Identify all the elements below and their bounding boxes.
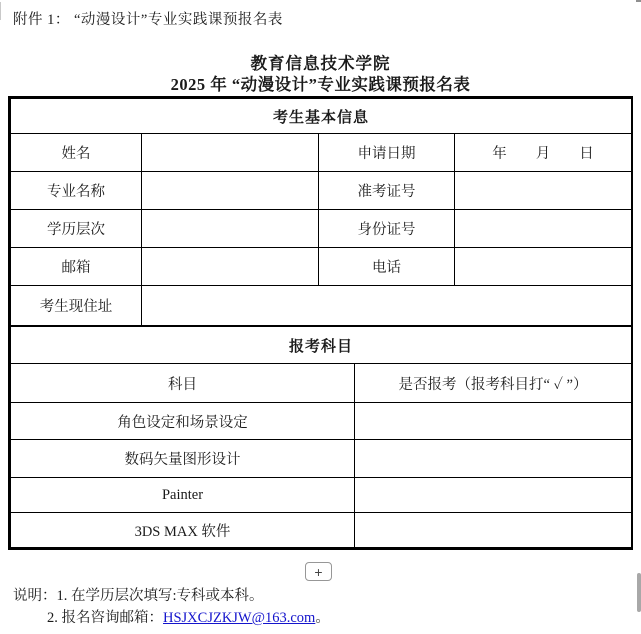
- label-email: 邮箱: [11, 248, 142, 286]
- check-cell-3ds-max[interactable]: [355, 513, 632, 548]
- form-title: 2025 年 “动漫设计”专业实践课预报名表: [0, 71, 641, 95]
- check-cell-digital-vector-graphics[interactable]: [355, 440, 632, 478]
- subject-name-character-scene-design: 角色设定和场景设定: [11, 403, 355, 440]
- subject-name-painter: Painter: [11, 478, 355, 513]
- vertical-scrollbar-thumb[interactable]: [637, 573, 641, 612]
- column-header-apply-check: 是否报考（报考科目打“ ✓ ”）: [355, 364, 632, 403]
- table-row: 3DS MAX 软件: [11, 513, 632, 548]
- label-current-address: 考生现住址: [11, 286, 142, 326]
- subjects-table: 报考科目 科目 是否报考（报考科目打“ ✓ ”） 角色设定和场景设定 数码矢量图…: [10, 326, 632, 548]
- label-application-date: 申请日期: [319, 134, 455, 172]
- input-cell-current-address[interactable]: [142, 286, 632, 326]
- registration-form-table: 考生基本信息 姓名 申请日期 年 月 日 专业名称 准考证号 学历层次 身份证号…: [8, 96, 633, 550]
- label-education-level: 学历层次: [11, 210, 142, 248]
- label-major: 专业名称: [11, 172, 142, 210]
- section-title-basic-info: 考生基本信息: [11, 99, 632, 134]
- email-link[interactable]: HSJXCJZKJW@163.com: [163, 610, 315, 626]
- label-id-number: 身份证号: [319, 210, 455, 248]
- check-cell-character-scene-design[interactable]: [355, 403, 632, 440]
- input-cell-education-level[interactable]: [142, 210, 319, 248]
- check-cell-painter[interactable]: [355, 478, 632, 513]
- note-line-2-suffix: 。: [315, 610, 330, 626]
- left-edge-artifact: [0, 2, 1, 20]
- table-row: Painter: [11, 478, 632, 513]
- note-line-1: 说明：1. 在学历层次填写:专科或本科。: [13, 584, 264, 605]
- table-row: 角色设定和场景设定: [11, 403, 632, 440]
- note-line-2-prefix: 2. 报名咨询邮箱：: [47, 610, 163, 626]
- top-right-edge-artifact: [636, 0, 641, 2]
- input-cell-email[interactable]: [142, 248, 319, 286]
- section-title-subjects: 报考科目: [11, 327, 632, 364]
- label-name: 姓名: [11, 134, 142, 172]
- column-header-subject: 科目: [11, 364, 355, 403]
- add-row-button[interactable]: +: [305, 562, 332, 581]
- input-cell-id-number[interactable]: [455, 210, 632, 248]
- label-phone: 电话: [319, 248, 455, 286]
- input-cell-name[interactable]: [142, 134, 319, 172]
- input-cell-admission-ticket-no[interactable]: [455, 172, 632, 210]
- subject-name-digital-vector-graphics: 数码矢量图形设计: [11, 440, 355, 478]
- subject-name-3ds-max: 3DS MAX 软件: [11, 513, 355, 548]
- input-cell-phone[interactable]: [455, 248, 632, 286]
- label-admission-ticket-no: 准考证号: [319, 172, 455, 210]
- input-cell-application-date[interactable]: 年 月 日: [455, 134, 632, 172]
- attachment-label: 附件 1： “动漫设计”专业实践课预报名表: [13, 8, 283, 29]
- basic-info-table: 考生基本信息 姓名 申请日期 年 月 日 专业名称 准考证号 学历层次 身份证号…: [10, 98, 632, 326]
- note-line-2: 2. 报名咨询邮箱：HSJXCJZKJW@163.com。: [47, 606, 330, 627]
- input-cell-major[interactable]: [142, 172, 319, 210]
- table-row: 数码矢量图形设计: [11, 440, 632, 478]
